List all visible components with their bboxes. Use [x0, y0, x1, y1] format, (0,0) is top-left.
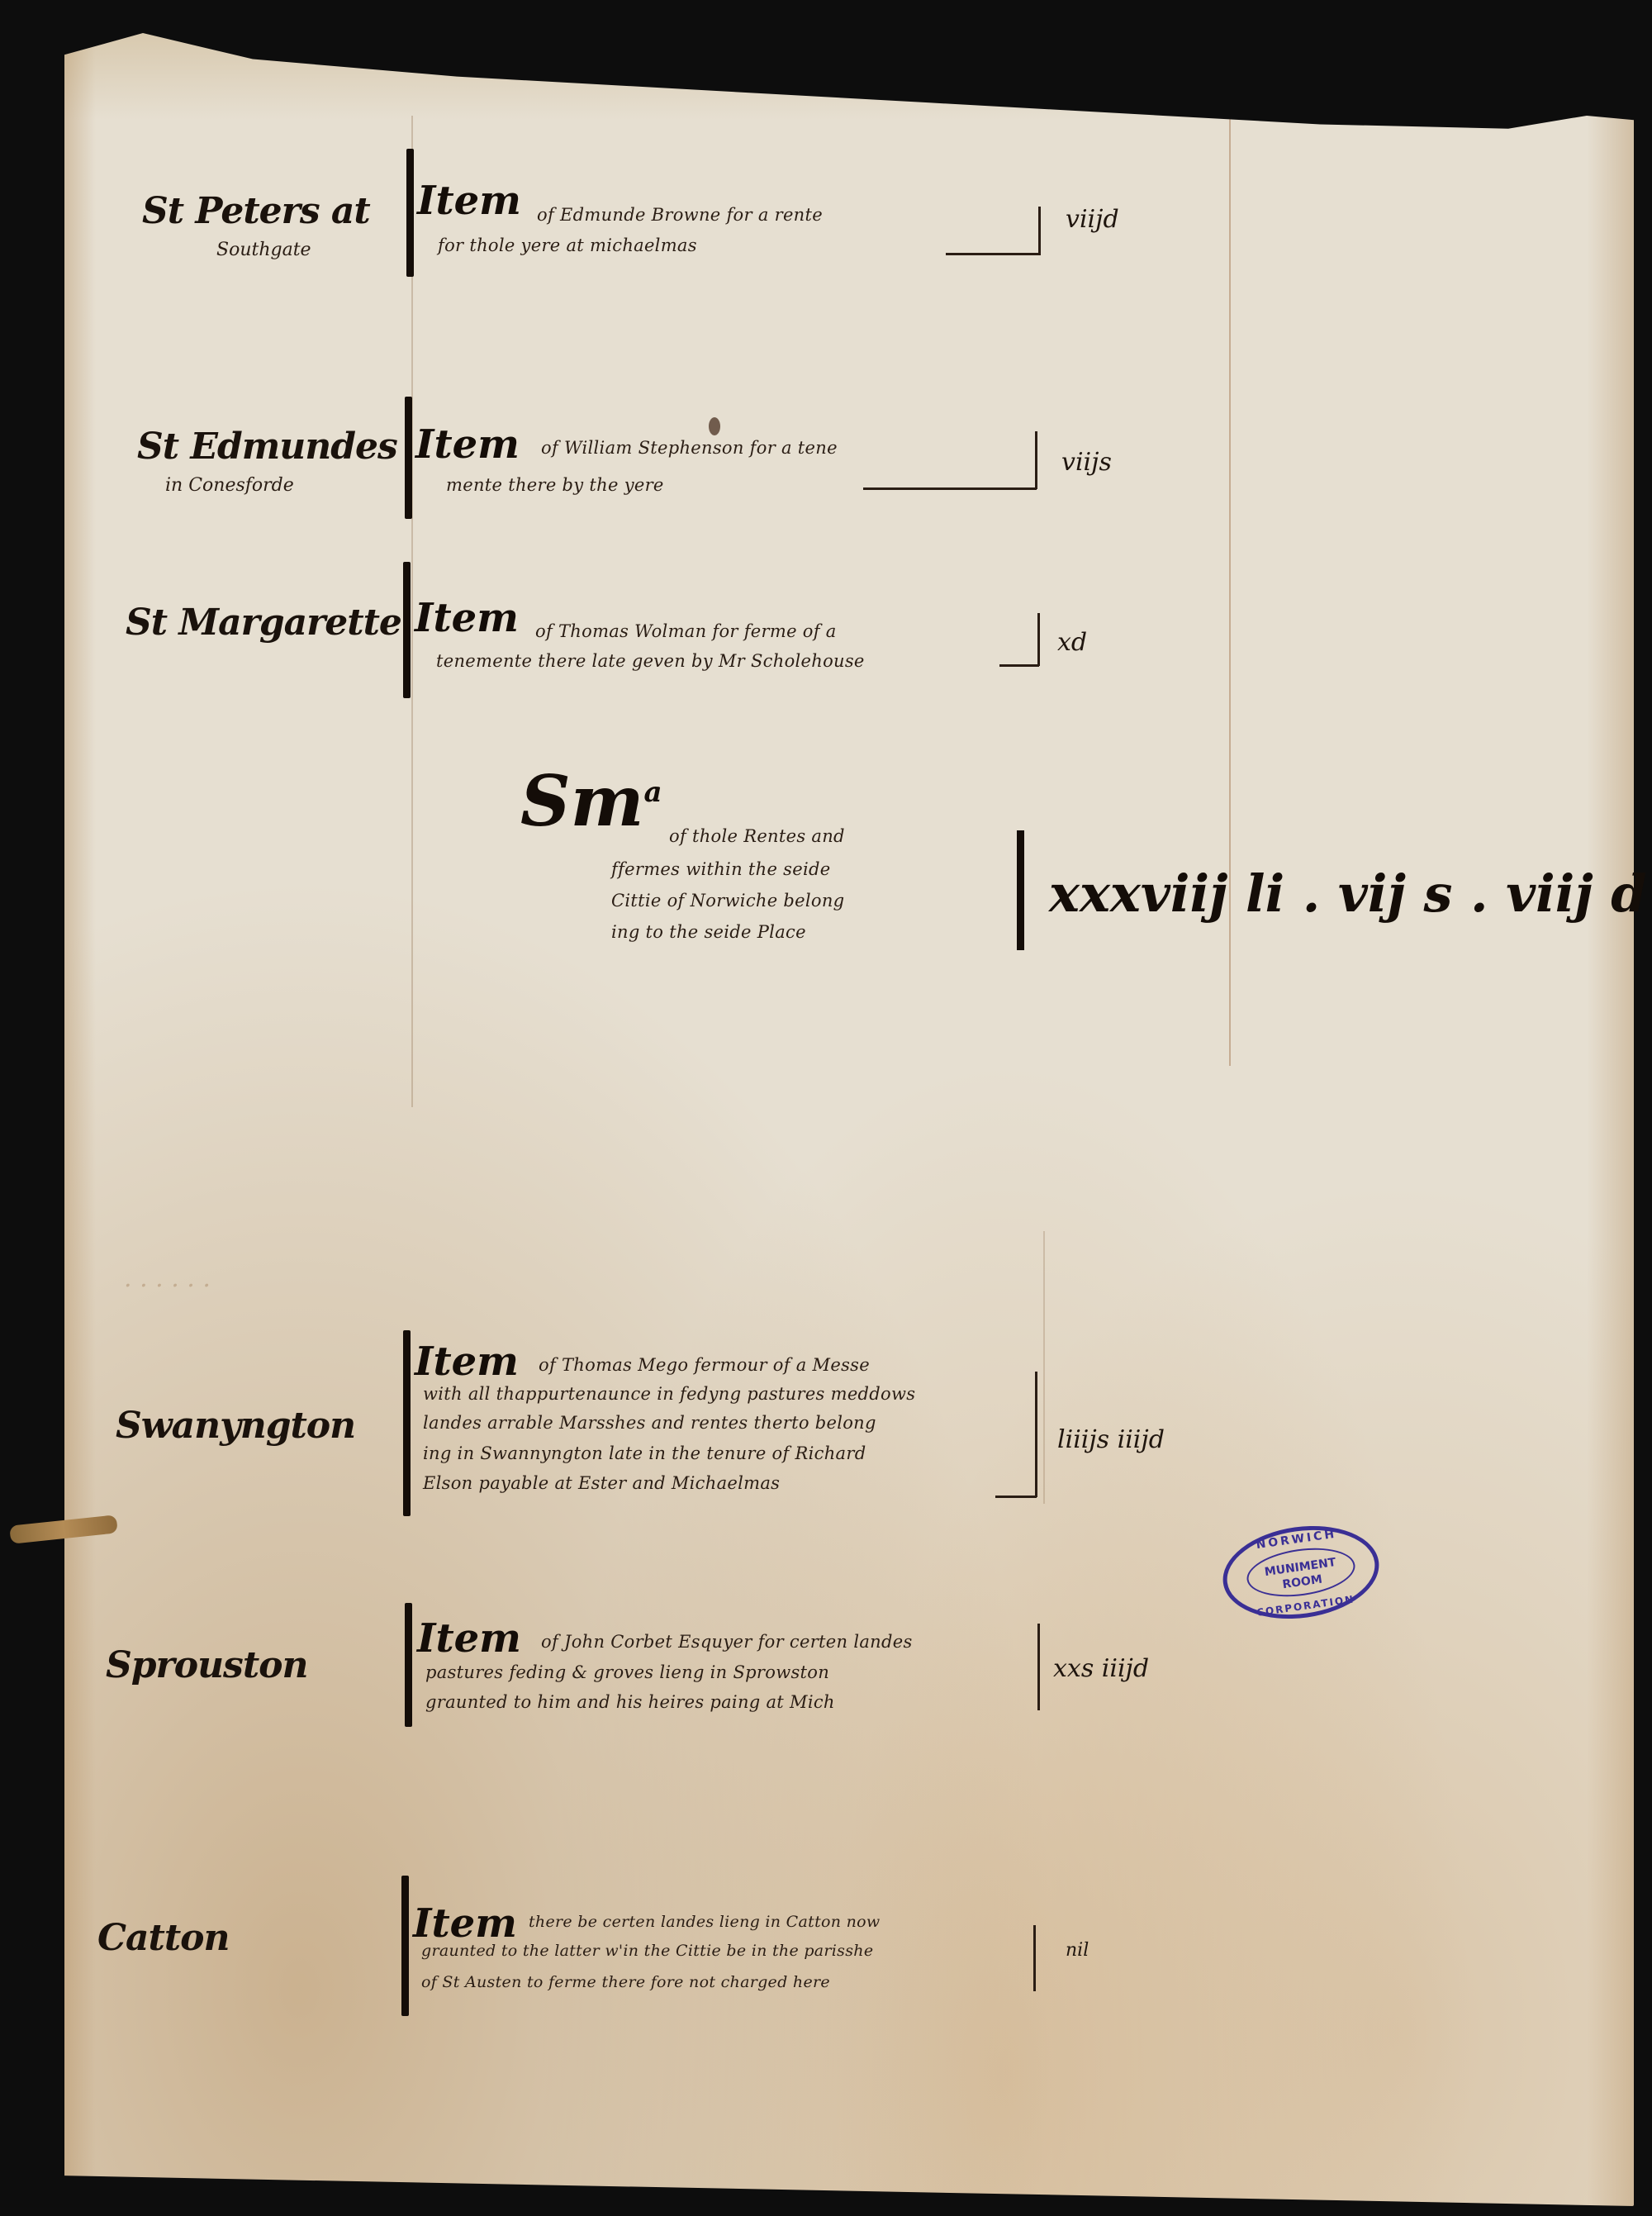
entry-amount: viijd [1066, 205, 1119, 234]
item-label: Item [415, 421, 520, 468]
place-name: Swanyngton [116, 1405, 355, 1447]
entry-text-line: landes arrable Marsshes and rentes thert… [423, 1413, 876, 1433]
entry-text-line: tenemente there late geven by Mr Scholeh… [436, 651, 865, 671]
summa-superscript: a [644, 776, 662, 809]
entry-text-line: of St Austen to ferme there fore not cha… [421, 1973, 830, 1991]
entry-text-line: for thole yere at michaelmas [438, 235, 697, 255]
place-name: Sprouston [106, 1644, 308, 1686]
bracket [1034, 1372, 1037, 1497]
item-initial-stroke [405, 397, 412, 519]
entry-amount: xd [1057, 628, 1087, 657]
item-initial-stroke [405, 1603, 412, 1727]
ruled-line [999, 664, 1039, 667]
place-name: St Margarette [126, 602, 401, 644]
summa-text-line: ffermes within the seide [611, 859, 830, 879]
entry-text-line: mente there by the yere [446, 475, 664, 495]
entry-text-line: pastures feding & groves lieng in Sprows… [425, 1662, 829, 1682]
item-label: Item [415, 1339, 519, 1385]
entry-text-line: graunted to the latter w'in the Cittie b… [421, 1942, 873, 1960]
summa-text-line: of thole Rentes and [669, 826, 845, 846]
bracket [1037, 1624, 1040, 1710]
entry-text-line: graunted to him and his heires paing at … [425, 1692, 835, 1712]
summa-bracket [1016, 830, 1024, 950]
entry-text-line: Elson payable at Ester and Michaelmas [423, 1473, 780, 1493]
bleed-through-text: . . . . . . [124, 1264, 211, 1293]
margin-ruling-lower [1043, 1231, 1045, 1504]
summa-text-line: ing to the seide Place [611, 922, 806, 942]
bracket [1032, 1925, 1036, 1991]
entry-text-line: of Thomas Wolman for ferme of a [535, 621, 837, 641]
summa-label: Sma [520, 760, 662, 842]
item-label: Item [415, 595, 519, 641]
ruled-line [995, 1496, 1037, 1498]
entry-amount: nil [1066, 1940, 1089, 1961]
manuscript-page [64, 33, 1634, 2206]
bracket [1034, 431, 1037, 489]
item-label: Item [417, 178, 521, 224]
place-name: St Peters at [142, 190, 370, 232]
ruled-line [863, 487, 1037, 490]
place-name: Catton [97, 1917, 230, 1959]
item-initial-stroke [403, 1330, 411, 1516]
item-initial-stroke [406, 149, 414, 277]
item-initial-stroke [403, 562, 411, 698]
summa-total: xxxviij li . vij s . viij d [1049, 863, 1647, 924]
place-name: St Edmundes [137, 426, 397, 468]
entry-text-line: there be certen landes lieng in Catton n… [529, 1913, 880, 1931]
item-label: Item [417, 1615, 521, 1662]
entry-text-line: with all thappurtenaunce in fedyng pastu… [423, 1384, 915, 1404]
item-label: Item [413, 1900, 517, 1947]
bracket [1037, 613, 1040, 666]
item-initial-stroke [401, 1876, 409, 2016]
place-subname: in Conesforde [165, 475, 294, 496]
entry-text-line: of John Corbet Esquyer for certen landes [541, 1632, 913, 1652]
place-subname: Southgate [216, 240, 311, 260]
entry-amount: liiijs iiijd [1057, 1425, 1165, 1454]
summa-text-line: Cittie of Norwiche belong [611, 891, 844, 911]
ruled-line [946, 253, 1041, 255]
entry-amount: xxs iiijd [1053, 1654, 1149, 1683]
ink-blot [709, 417, 720, 435]
entry-text-line: of Thomas Mego fermour of a Messe [539, 1355, 870, 1375]
bracket [1037, 207, 1041, 254]
entry-text-line: of William Stephenson for a tene [541, 438, 838, 458]
entry-amount: viijs [1061, 448, 1112, 477]
entry-text-line: ing in Swannyngton late in the tenure of… [423, 1443, 866, 1463]
entry-text-line: of Edmunde Browne for a rente [537, 205, 823, 225]
summa-label-text: Sm [520, 760, 644, 842]
